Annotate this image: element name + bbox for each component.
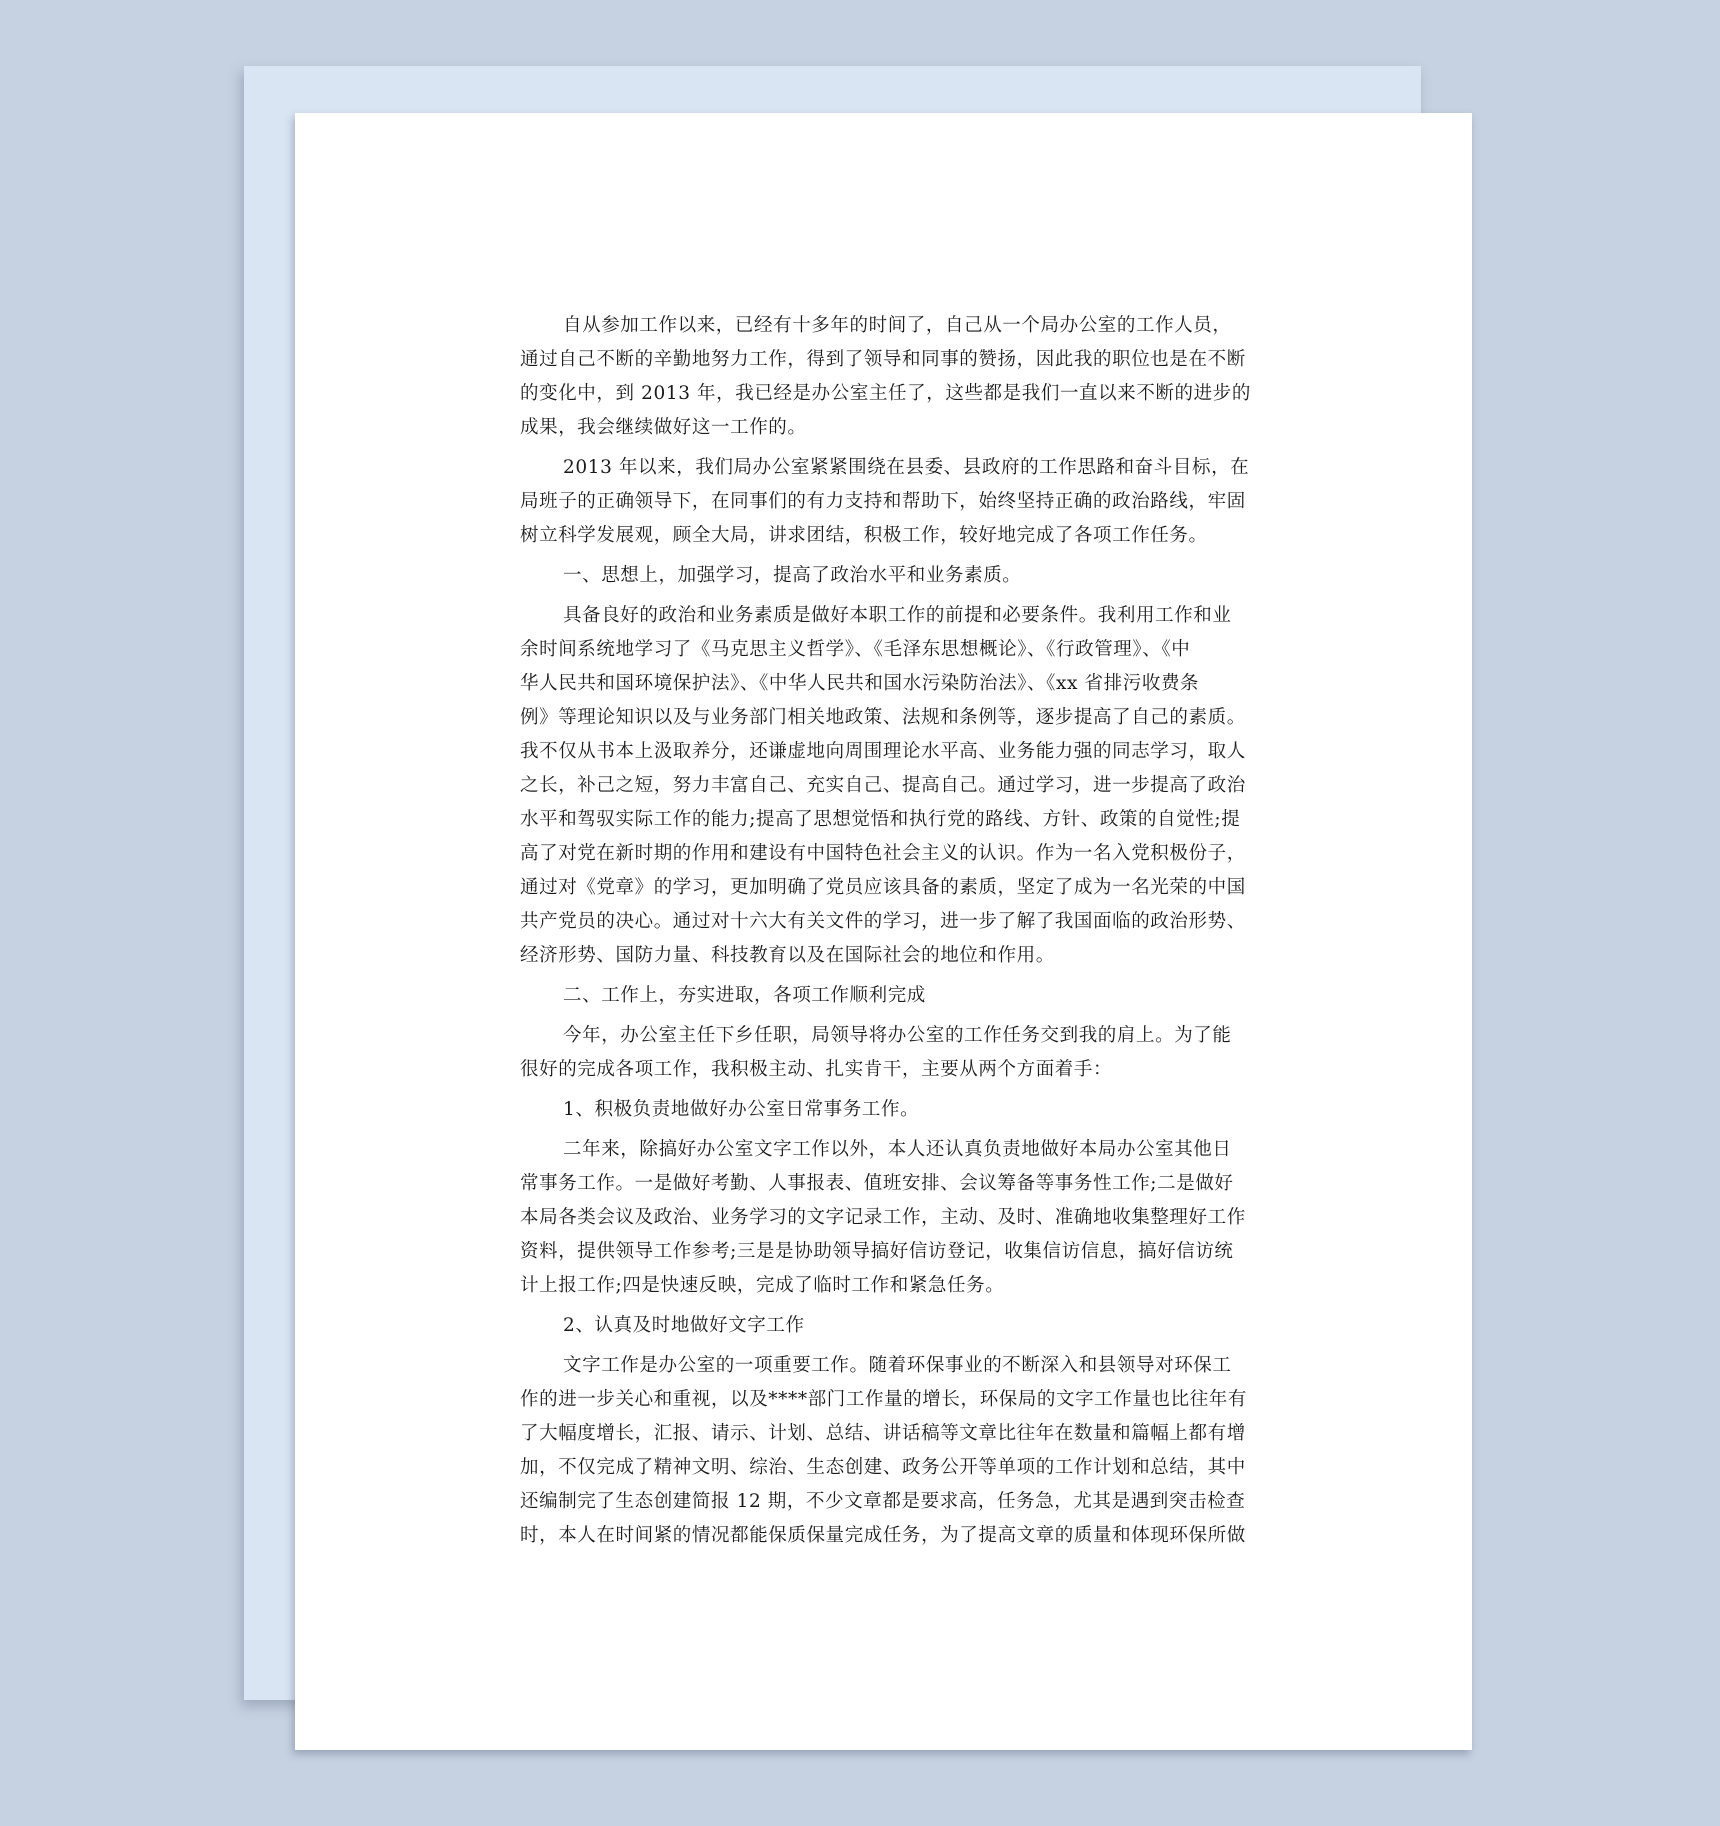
subheading-1: 1、积极负责地做好办公室日常事务工作。 (520, 1093, 1250, 1127)
text-line: 时，本人在时间紧的情况都能保质保量完成任务，为了提高文章的质量和体现环保所做 (520, 1519, 1250, 1553)
document-page: 自从参加工作以来，已经有十多年的时间了，自己从一个局办公室的工作人员， 通过自己… (295, 113, 1472, 1750)
text-line: 树立科学发展观，顾全大局，讲求团结，积极工作，较好地完成了各项工作任务。 (520, 519, 1250, 553)
text-line: 高了对党在新时期的作用和建设有中国特色社会主义的认识。作为一名入党积极份子， (520, 837, 1250, 871)
section-heading-2: 二、工作上，夯实进取，各项工作顺利完成 (520, 979, 1250, 1013)
text-line: 了大幅度增长，汇报、请示、计划、总结、讲话稿等文章比往年在数量和篇幅上都有增 (520, 1417, 1250, 1451)
paragraph-daily-affairs: 二年来，除搞好办公室文字工作以外，本人还认真负责地做好本局办公室其他日 常事务工… (520, 1133, 1250, 1303)
text-line: 成果，我会继续做好这一工作的。 (520, 411, 1250, 445)
text-line: 2013 年以来，我们局办公室紧紧围绕在县委、县政府的工作思路和奋斗目标，在 (520, 451, 1250, 485)
paragraph-writing-work: 文字工作是办公室的一项重要工作。随着环保事业的不断深入和县领导对环保工 作的进一… (520, 1349, 1250, 1553)
section-heading-1: 一、思想上，加强学习，提高了政治水平和业务素质。 (520, 559, 1250, 593)
text-line: 加，不仅完成了精神文明、综治、生态创建、政务公开等单项的工作计划和总结，其中 (520, 1451, 1250, 1485)
text-line: 资料，提供领导工作参考;三是是协助领导搞好信访登记，收集信访信息，搞好信访统 (520, 1235, 1250, 1269)
paragraph-study: 具备良好的政治和业务素质是做好本职工作的前提和必要条件。我利用工作和业 余时间系… (520, 599, 1250, 973)
text-line: 通过对《党章》的学习，更加明确了党员应该具备的素质，坚定了成为一名光荣的中国 (520, 871, 1250, 905)
document-body: 自从参加工作以来，已经有十多年的时间了，自己从一个局办公室的工作人员， 通过自己… (520, 309, 1250, 1559)
text-line: 的变化中，到 2013 年，我已经是办公室主任了，这些都是我们一直以来不断的进步… (520, 377, 1250, 411)
text-line: 共产党员的决心。通过对十六大有关文件的学习，进一步了解了我国面临的政治形势、 (520, 905, 1250, 939)
text-line: 经济形势、国防力量、科技教育以及在国际社会的地位和作用。 (520, 939, 1250, 973)
paragraph-2013-overview: 2013 年以来，我们局办公室紧紧围绕在县委、县政府的工作思路和奋斗目标，在 局… (520, 451, 1250, 553)
paragraph-intro: 自从参加工作以来，已经有十多年的时间了，自己从一个局办公室的工作人员， 通过自己… (520, 309, 1250, 445)
text-line: 华人民共和国环境保护法》、《中华人民共和国水污染防治法》、《xx 省排污收费条 (520, 667, 1250, 701)
text-line: 之长，补己之短，努力丰富自己、充实自己、提高自己。通过学习，进一步提高了政治 (520, 769, 1250, 803)
heading-line: 一、思想上，加强学习，提高了政治水平和业务素质。 (520, 559, 1250, 593)
text-line: 今年，办公室主任下乡任职，局领导将办公室的工作任务交到我的肩上。为了能 (520, 1019, 1250, 1053)
text-line: 很好的完成各项工作，我积极主动、扎实肯干，主要从两个方面着手： (520, 1053, 1250, 1087)
text-line: 余时间系统地学习了《马克思主义哲学》、《毛泽东思想概论》、《行政管理》、《中 (520, 633, 1250, 667)
text-line: 自从参加工作以来，已经有十多年的时间了，自己从一个局办公室的工作人员， (520, 309, 1250, 343)
text-line: 作的进一步关心和重视，以及****部门工作量的增长，环保局的文字工作量也比往年有 (520, 1383, 1250, 1417)
text-line: 局班子的正确领导下，在同事们的有力支持和帮助下，始终坚持正确的政治路线，牢固 (520, 485, 1250, 519)
text-line: 例》等理论知识以及与业务部门相关地政策、法规和条例等，逐步提高了自己的素质。 (520, 701, 1250, 735)
text-line: 还编制完了生态创建简报 12 期，不少文章都是要求高，任务急，尤其是遇到突击检查 (520, 1485, 1250, 1519)
text-line: 二年来，除搞好办公室文字工作以外，本人还认真负责地做好本局办公室其他日 (520, 1133, 1250, 1167)
text-line: 文字工作是办公室的一项重要工作。随着环保事业的不断深入和县领导对环保工 (520, 1349, 1250, 1383)
text-line: 本局各类会议及政治、业务学习的文字记录工作，主动、及时、准确地收集整理好工作 (520, 1201, 1250, 1235)
text-line: 通过自己不断的辛勤地努力工作，得到了领导和同事的赞扬，因此我的职位也是在不断 (520, 343, 1250, 377)
heading-line: 二、工作上，夯实进取，各项工作顺利完成 (520, 979, 1250, 1013)
text-line: 计上报工作;四是快速反映，完成了临时工作和紧急任务。 (520, 1269, 1250, 1303)
text-line: 具备良好的政治和业务素质是做好本职工作的前提和必要条件。我利用工作和业 (520, 599, 1250, 633)
heading-line: 1、积极负责地做好办公室日常事务工作。 (520, 1093, 1250, 1127)
text-line: 常事务工作。一是做好考勤、人事报表、值班安排、会议筹备等事务性工作;二是做好 (520, 1167, 1250, 1201)
text-line: 水平和驾驭实际工作的能力;提高了思想觉悟和执行党的路线、方针、政策的自觉性;提 (520, 803, 1250, 837)
paragraph-this-year: 今年，办公室主任下乡任职，局领导将办公室的工作任务交到我的肩上。为了能 很好的完… (520, 1019, 1250, 1087)
text-line: 我不仅从书本上汲取养分，还谦虚地向周围理论水平高、业务能力强的同志学习，取人 (520, 735, 1250, 769)
heading-line: 2、认真及时地做好文字工作 (520, 1309, 1250, 1343)
subheading-2: 2、认真及时地做好文字工作 (520, 1309, 1250, 1343)
